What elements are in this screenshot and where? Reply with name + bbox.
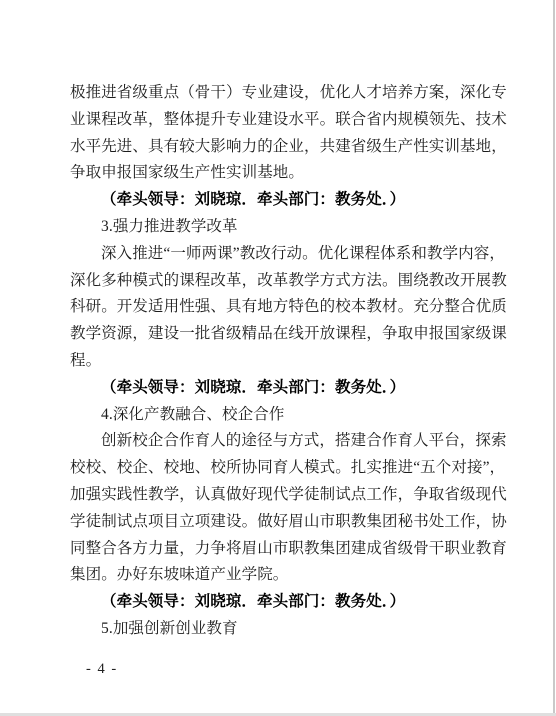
section-heading-3: 3.强力推进教学改革 — [70, 214, 510, 241]
body-line: 加强实践性教学，认真做好现代学徒制试点工作，争取省级现代 — [70, 482, 510, 509]
body-line: 深入推进“一师两课”教改行动。优化课程体系和教学内容， — [70, 241, 510, 268]
body-line: 程。 — [70, 348, 510, 375]
lead-annotation: （牵头领导：刘晓琼．牵头部门：教务处．） — [70, 187, 510, 214]
body-line: 集团。办好东坡味道产业学院。 — [70, 562, 510, 589]
body-line: 深化多种模式的课程改革，改革教学方式方法。围绕教改开展教 — [70, 268, 510, 295]
body-line: 同整合各方力量，力争将眉山市职教集团建成省级骨干职业教育 — [70, 536, 510, 563]
section-heading-5: 5.加强创新创业教育 — [70, 616, 510, 643]
page-number: - 4 - — [86, 659, 118, 680]
lead-annotation: （牵头领导：刘晓琼．牵头部门：教务处．） — [70, 375, 510, 402]
body-line: 校校、校企、校地、校所协同育人模式。扎实推进“五个对接”， — [70, 455, 510, 482]
section-heading-4: 4.深化产教融合、校企合作 — [70, 402, 510, 429]
body-line: 教学资源，建设一批省级精品在线开放课程，争取申报国家级课 — [70, 321, 510, 348]
document-body: 极推进省级重点（骨干）专业建设，优化人才培养方案，深化专 业课程改革，整体提升专… — [70, 80, 510, 643]
scan-edge-right — [553, 0, 555, 716]
body-line: 水平先进、具有较大影响力的企业，共建省级生产性实训基地， — [70, 134, 510, 161]
document-page: { "document": { "kind": "scanned-officia… — [0, 0, 556, 716]
body-line: 极推进省级重点（骨干）专业建设，优化人才培养方案，深化专 — [70, 80, 510, 107]
body-line: 争取申报国家级生产性实训基地。 — [70, 160, 510, 187]
body-line: 创新校企合作育人的途径与方式，搭建合作育人平台，探索 — [70, 428, 510, 455]
body-line: 业课程改革，整体提升专业建设水平。联合省内规模领先、技术 — [70, 107, 510, 134]
body-line: 学徒制试点项目立项建设。做好眉山市职教集团秘书处工作，协 — [70, 509, 510, 536]
body-line: 科研。开发适用性强、具有地方特色的校本教材。充分整合优质 — [70, 294, 510, 321]
lead-annotation: （牵头领导：刘晓琼．牵头部门：教务处．） — [70, 589, 510, 616]
